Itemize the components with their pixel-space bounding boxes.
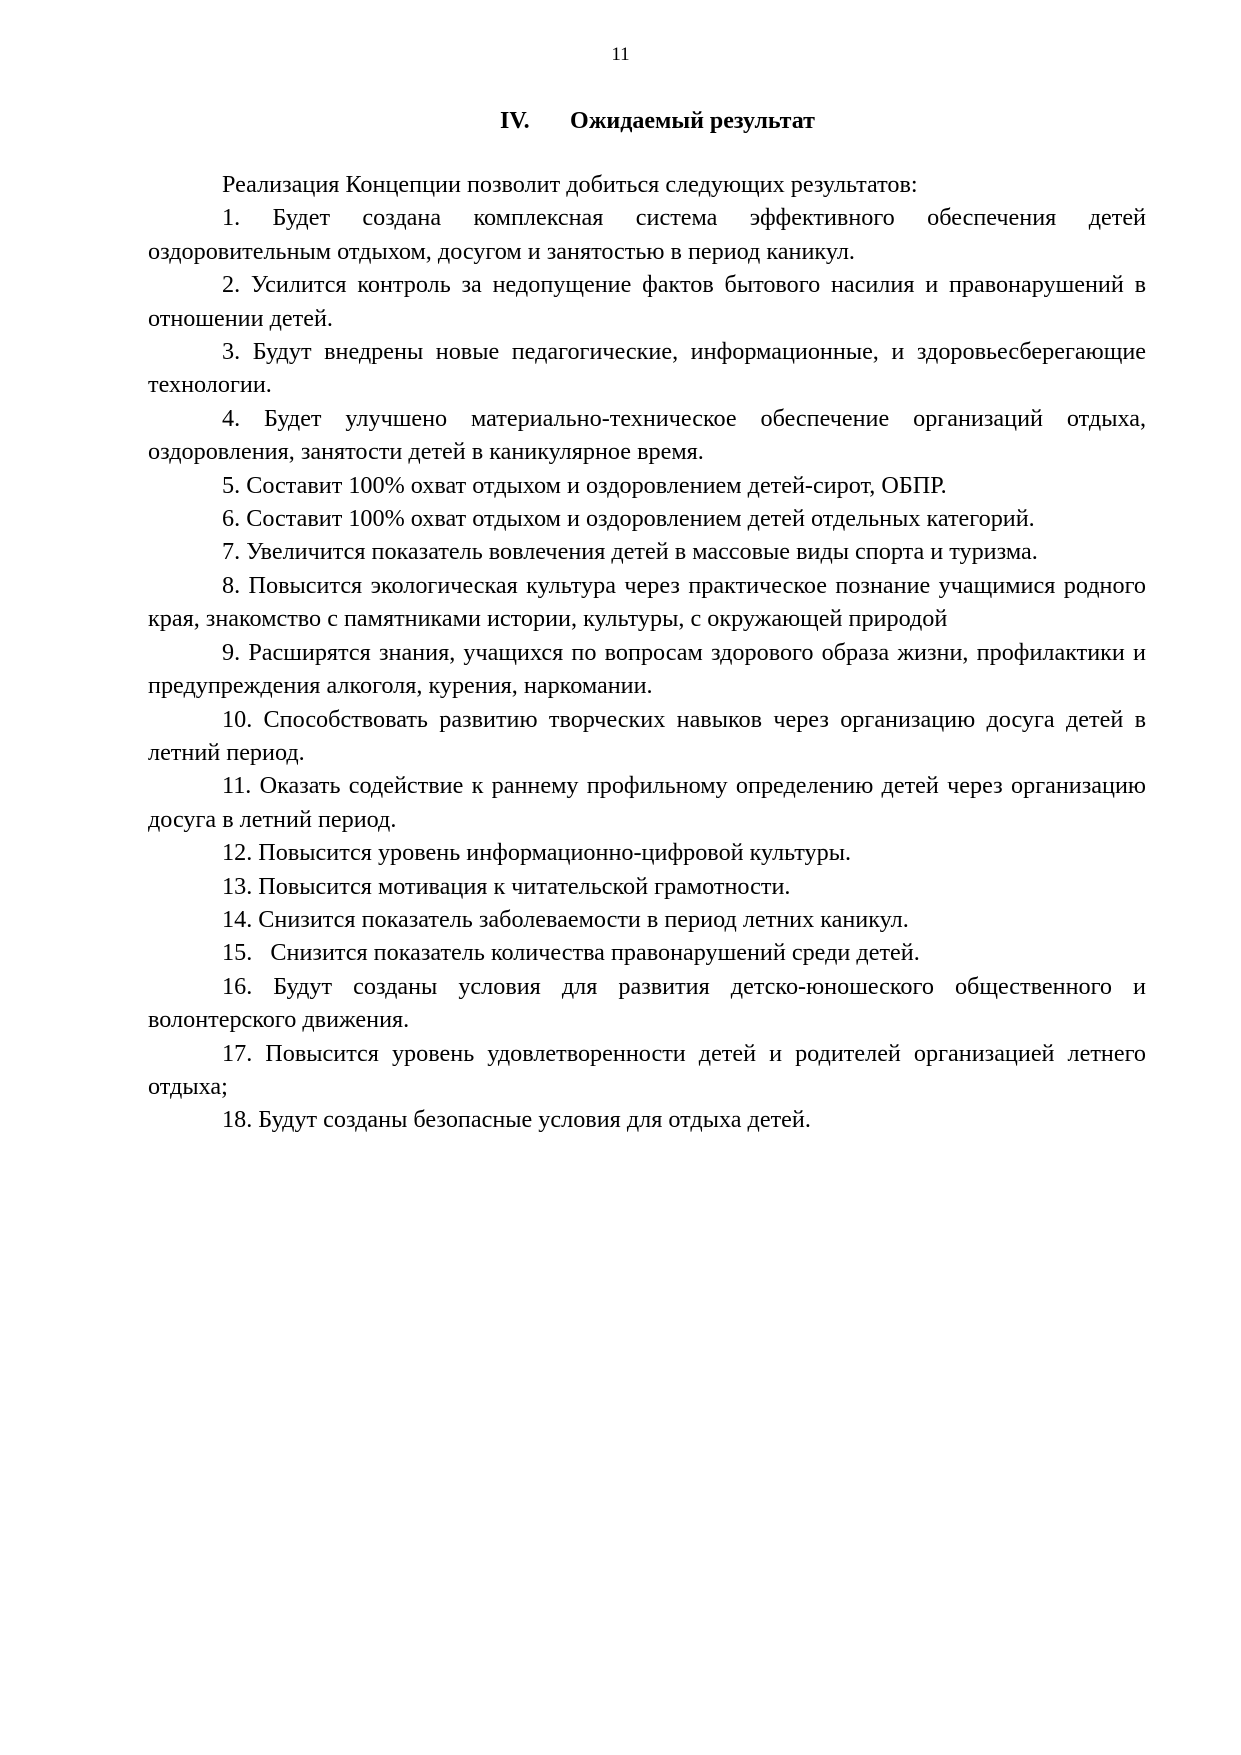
list-item-text: Снизится показатель количества правонару… [258, 939, 919, 966]
list-item-text: Повысится мотивация к читательской грамо… [258, 873, 790, 900]
list-item-number: 3. [222, 338, 240, 365]
intro-paragraph: Реализация Концепции позволит добиться с… [148, 168, 1146, 201]
results-list: 1. Будет создана комплексная система эфф… [148, 201, 1146, 1136]
list-item: 1. Будет создана комплексная система эфф… [148, 201, 1146, 268]
list-item-number: 7. [222, 538, 240, 565]
list-item-number: 10. [222, 706, 252, 733]
list-item-text: Усилится контроль за недопущение фактов … [148, 271, 1152, 331]
list-item: 9. Расширятся знания, учащихся по вопрос… [148, 636, 1146, 703]
list-item: 17. Повысится уровень удовлетворенности … [148, 1037, 1146, 1104]
list-item: 15. Снизится показатель количества право… [148, 936, 1146, 969]
section-numeral: IV. [500, 106, 570, 136]
section-title: IV.Ожидаемый результат [500, 106, 815, 136]
list-item-text: Повысится уровень информационно-цифровой… [258, 839, 851, 866]
list-item-number: 16. [222, 973, 252, 1000]
list-item: 11. Оказать содействие к раннему профиль… [148, 769, 1146, 836]
list-item-text: Расширятся знания, учащихся по вопросам … [148, 639, 1152, 699]
list-item: 2. Усилится контроль за недопущение факт… [148, 268, 1146, 335]
document-body: Реализация Концепции позволит добиться с… [148, 168, 1146, 1137]
list-item: 3. Будут внедрены новые педагогические, … [148, 335, 1146, 402]
list-item-text: Увеличится показатель вовлечения детей в… [246, 538, 1038, 565]
list-item-number: 17. [222, 1040, 252, 1067]
page-number: 11 [0, 44, 1241, 66]
list-item-text: Составит 100% охват отдыхом и оздоровлен… [246, 505, 1035, 532]
list-item-text: Оказать содействие к раннему профильному… [148, 772, 1152, 832]
list-item-text: Будет создана комплексная система эффект… [148, 204, 1152, 264]
list-item-number: 5. [222, 472, 240, 499]
list-item-text: Будет улучшено материально-техническое о… [148, 405, 1152, 465]
list-item-number: 8. [222, 572, 240, 599]
list-item-number: 18. [222, 1106, 252, 1133]
list-item: 4. Будет улучшено материально-техническо… [148, 402, 1146, 469]
list-item: 5. Составит 100% охват отдыхом и оздоров… [148, 469, 1146, 502]
list-item-number: 1. [222, 204, 240, 231]
list-item-text: Составит 100% охват отдыхом и оздоровлен… [246, 472, 947, 499]
list-item: 13. Повысится мотивация к читательской г… [148, 870, 1146, 903]
list-item-text: Повысится уровень удовлетворенности дете… [148, 1040, 1152, 1100]
list-item-text: Повысится экологическая культура через п… [148, 572, 1152, 632]
list-item: 8. Повысится экологическая культура чере… [148, 569, 1146, 636]
list-item-number: 9. [222, 639, 240, 666]
list-item-number: 4. [222, 405, 240, 432]
list-item-text: Способствовать развитию творческих навык… [148, 706, 1152, 766]
list-item: 12. Повысится уровень информационно-цифр… [148, 836, 1146, 869]
list-item-text: Будут созданы условия для развития детск… [148, 973, 1152, 1033]
list-item-number: 6. [222, 505, 240, 532]
list-item-number: 11. [222, 772, 251, 799]
list-item: 18. Будут созданы безопасные условия для… [148, 1103, 1146, 1136]
list-item-number: 15. [222, 939, 252, 966]
list-item-number: 14. [222, 906, 252, 933]
section-title-text: Ожидаемый результат [570, 108, 815, 134]
list-item: 10. Способствовать развитию творческих н… [148, 703, 1146, 770]
list-item: 7. Увеличится показатель вовлечения дете… [148, 535, 1146, 568]
list-item: 6. Составит 100% охват отдыхом и оздоров… [148, 502, 1146, 535]
list-item-text: Будут внедрены новые педагогические, инф… [148, 338, 1152, 398]
list-item-text: Будут созданы безопасные условия для отд… [258, 1106, 811, 1133]
list-item-number: 2. [222, 271, 240, 298]
list-item-text: Снизится показатель заболеваемости в пер… [258, 906, 909, 933]
list-item-number: 12. [222, 839, 252, 866]
list-item: 16. Будут созданы условия для развития д… [148, 970, 1146, 1037]
list-item-number: 13. [222, 873, 252, 900]
list-item: 14. Снизится показатель заболеваемости в… [148, 903, 1146, 936]
